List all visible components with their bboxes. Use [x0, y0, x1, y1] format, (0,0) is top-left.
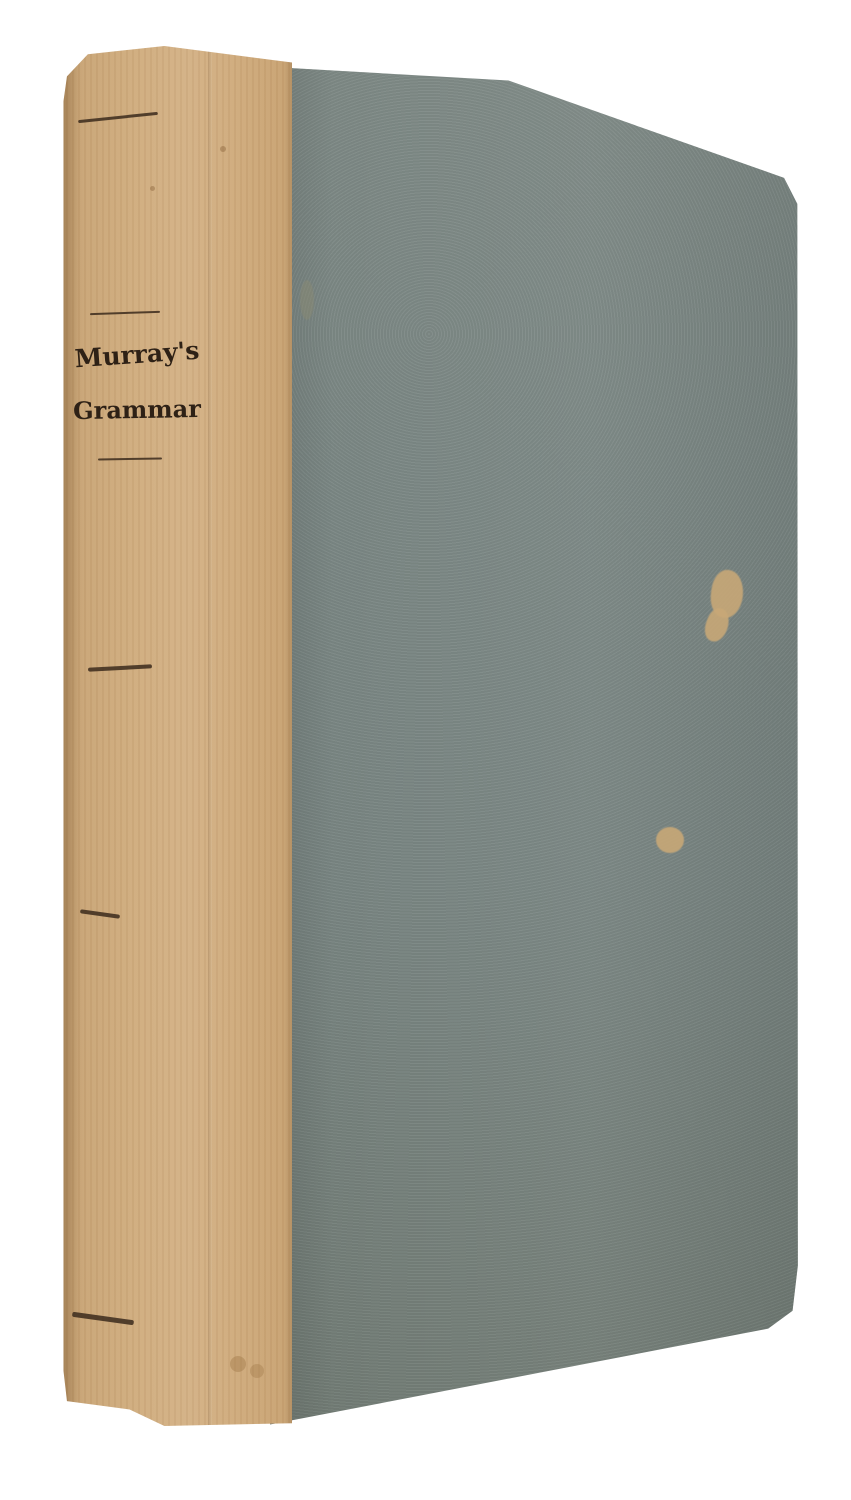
cover-stain	[300, 280, 314, 320]
spine-ink-rule	[90, 311, 160, 315]
spine-title-line-1: Murray's	[61, 337, 212, 372]
spine-spot	[230, 1356, 246, 1372]
spine-spot	[150, 186, 155, 191]
spine-ink-rule	[72, 1312, 134, 1326]
book-front-cover	[270, 60, 800, 1430]
spine-title-line-2: Grammar	[62, 397, 212, 424]
spine-shading	[60, 46, 78, 1426]
spine-edge	[284, 46, 292, 1426]
spine-ink-rule	[78, 112, 158, 123]
book-spine: Murray's Grammar	[60, 46, 292, 1426]
spine-spot	[250, 1364, 264, 1378]
spine-ink-rule	[98, 457, 162, 460]
spine-ink-rule	[80, 909, 120, 919]
cover-shading	[270, 60, 800, 1430]
photo-stage: Murray's Grammar	[0, 0, 851, 1500]
spine-fold-line	[208, 46, 212, 1426]
spine-ink-rule	[88, 664, 152, 671]
cover-stain	[656, 827, 684, 853]
spine-spot	[220, 146, 226, 152]
